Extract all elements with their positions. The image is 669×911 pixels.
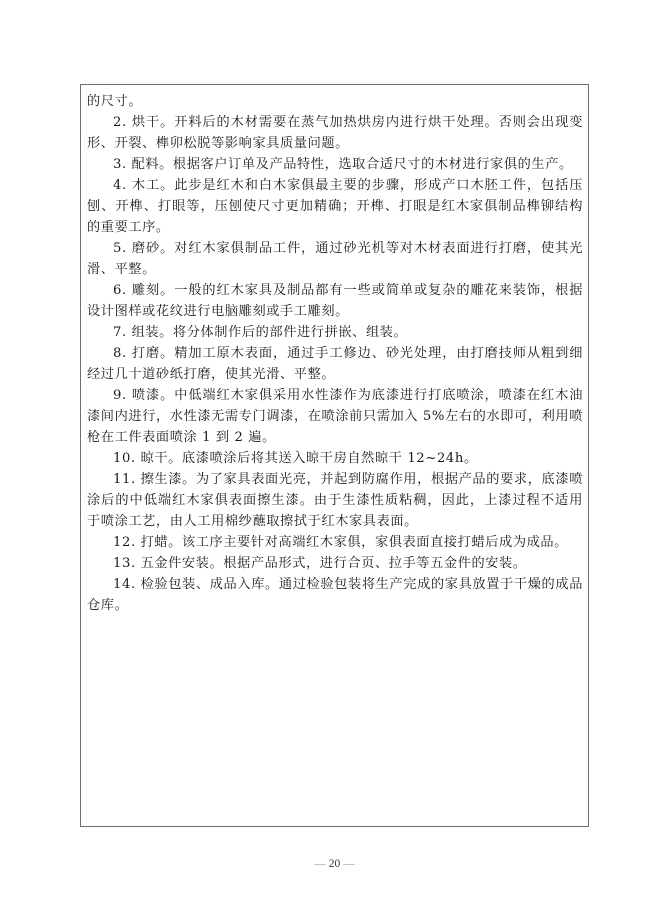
paragraph-step-9-spray-paint: 9. 喷漆。中低端红木家俱采用水性漆作为底漆进行打底喷涂，喷漆在红木油漆间内进行…: [87, 385, 583, 448]
document-body: 的尺寸。 2. 烘干。开料后的木材需要在蒸气加热烘房内进行烘干处理。否则会出现变…: [87, 91, 583, 616]
paragraph-step-12-waxing: 12. 打蜡。该工序主要针对高端红木家俱，家俱表面直接打蜡后成为成品。: [87, 532, 583, 553]
page-number-footer: — 20 —: [0, 858, 669, 870]
paragraph-continuation: 的尺寸。: [87, 91, 583, 112]
paragraph-step-3-material-prep: 3. 配料。根据客户订单及产品特性，选取合适尺寸的木材进行家俱的生产。: [87, 154, 583, 175]
paragraph-step-6-carving: 6. 雕刻。一般的红木家具及制品都有一些或简单或复杂的雕花来装饰，根据设计图样或…: [87, 280, 583, 322]
paragraph-step-4-woodworking: 4. 木工。此步是红木和白木家俱最主要的步骤，形成产口木胚工件，包括压刨、开榫、…: [87, 175, 583, 238]
paragraph-step-13-hardware: 13. 五金件安装。根据产品形式，进行合页、拉手等五金件的安装。: [87, 553, 583, 574]
paragraph-step-2-drying: 2. 烘干。开料后的木材需要在蒸气加热烘房内进行烘干处理。否则会出现变形、开裂、…: [87, 112, 583, 154]
content-frame: 的尺寸。 2. 烘干。开料后的木材需要在蒸气加热烘房内进行烘干处理。否则会出现变…: [80, 84, 589, 827]
paragraph-step-14-inspection: 14. 检验包装、成品入库。通过检验包装将生产完成的家具放置于干燥的成品仓库。: [87, 574, 583, 616]
paragraph-step-10-air-dry: 10. 晾干。底漆喷涂后将其送入晾干房自然晾干 12~24h。: [87, 448, 583, 469]
paragraph-step-11-raw-lacquer: 11. 擦生漆。为了家具表面光亮，并起到防腐作用，根据产品的要求，底漆喷涂后的中…: [87, 469, 583, 532]
paragraph-step-8-polishing: 8. 打磨。精加工原木表面，通过手工修边、砂光处理，由打磨技师从粗到细经过几十道…: [87, 343, 583, 385]
dash-right: —: [343, 858, 355, 870]
paragraph-step-7-assembly: 7. 组装。将分体制作后的部件进行拼嵌、组装。: [87, 322, 583, 343]
paragraph-step-5-sanding: 5. 磨砂。对红木家俱制品工件，通过砂光机等对木材表面进行打磨，使其光滑、平整。: [87, 238, 583, 280]
page-number: 20: [329, 858, 341, 870]
dash-left: —: [314, 858, 326, 870]
